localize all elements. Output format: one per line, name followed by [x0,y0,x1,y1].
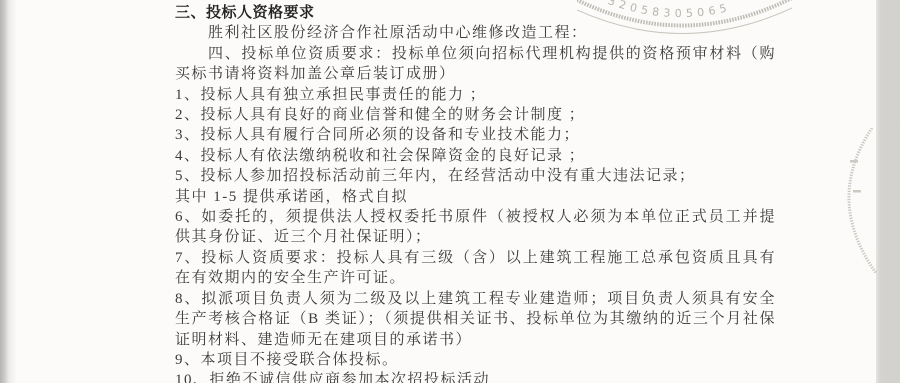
official-seal-side-arc [820,128,895,273]
document-text-body: 三、投标人资格要求胜利社区股份经济合作社原活动中心维修改造工程：四、投标单位资质… [175,3,776,383]
document-line: 9、本项目不接受联合体投标。 [175,350,776,370]
page-left-scan-shadow [0,0,18,383]
document-line: 7、投标人资质要求：投标人具有三级（含）以上建筑工程施工总承包资质且具有在有效期… [175,248,776,289]
document-line: 6、如委托的，须提供法人授权委托书原件（被授权人必须为本单位正式员工并提供其身份… [175,207,776,248]
document-line: 其中 1-5 提供承诺函，格式自拟 [175,187,776,207]
document-line: 8、拟派项目负责人须为二级及以上建筑工程专业建造师；项目负责人须具有安全生产考核… [175,289,776,350]
seal-glyph-fragment [850,160,858,163]
document-line: 四、投标单位资质要求：投标单位须向招标代理机构提供的资格预审材料（购买标书请将资… [175,44,776,85]
document-line: 2、投标人具有良好的商业信誉和健全的财务会计制度 ； [175,105,776,125]
document-line: 10、拒绝不诚信供应商参加本次招投标活动 [175,370,776,383]
seal-glyph-fragment [853,190,861,193]
document-line: 4、投标人有依法缴纳税收和社会保障资金的良好记录 ； [175,146,776,166]
section-heading: 三、投标人资格要求 [175,3,776,23]
document-line: 3、投标人具有履行合同所必须的设备和专业技术能力； [175,125,776,145]
document-line: 5、投标人参加招投标活动前三年内，在经营活动中没有重大违法记录； [175,166,776,186]
document-line: 1、投标人具有独立承担民事责任的能力 ； [175,85,776,105]
seal-microtext-ring [849,128,876,273]
document-line: 胜利社区股份经济合作社原活动中心维修改造工程： [175,23,776,43]
scanned-document-page: 32058305065 三、投标人资格要求胜利社区股份经济合作社原活动中心维修改… [0,0,900,383]
